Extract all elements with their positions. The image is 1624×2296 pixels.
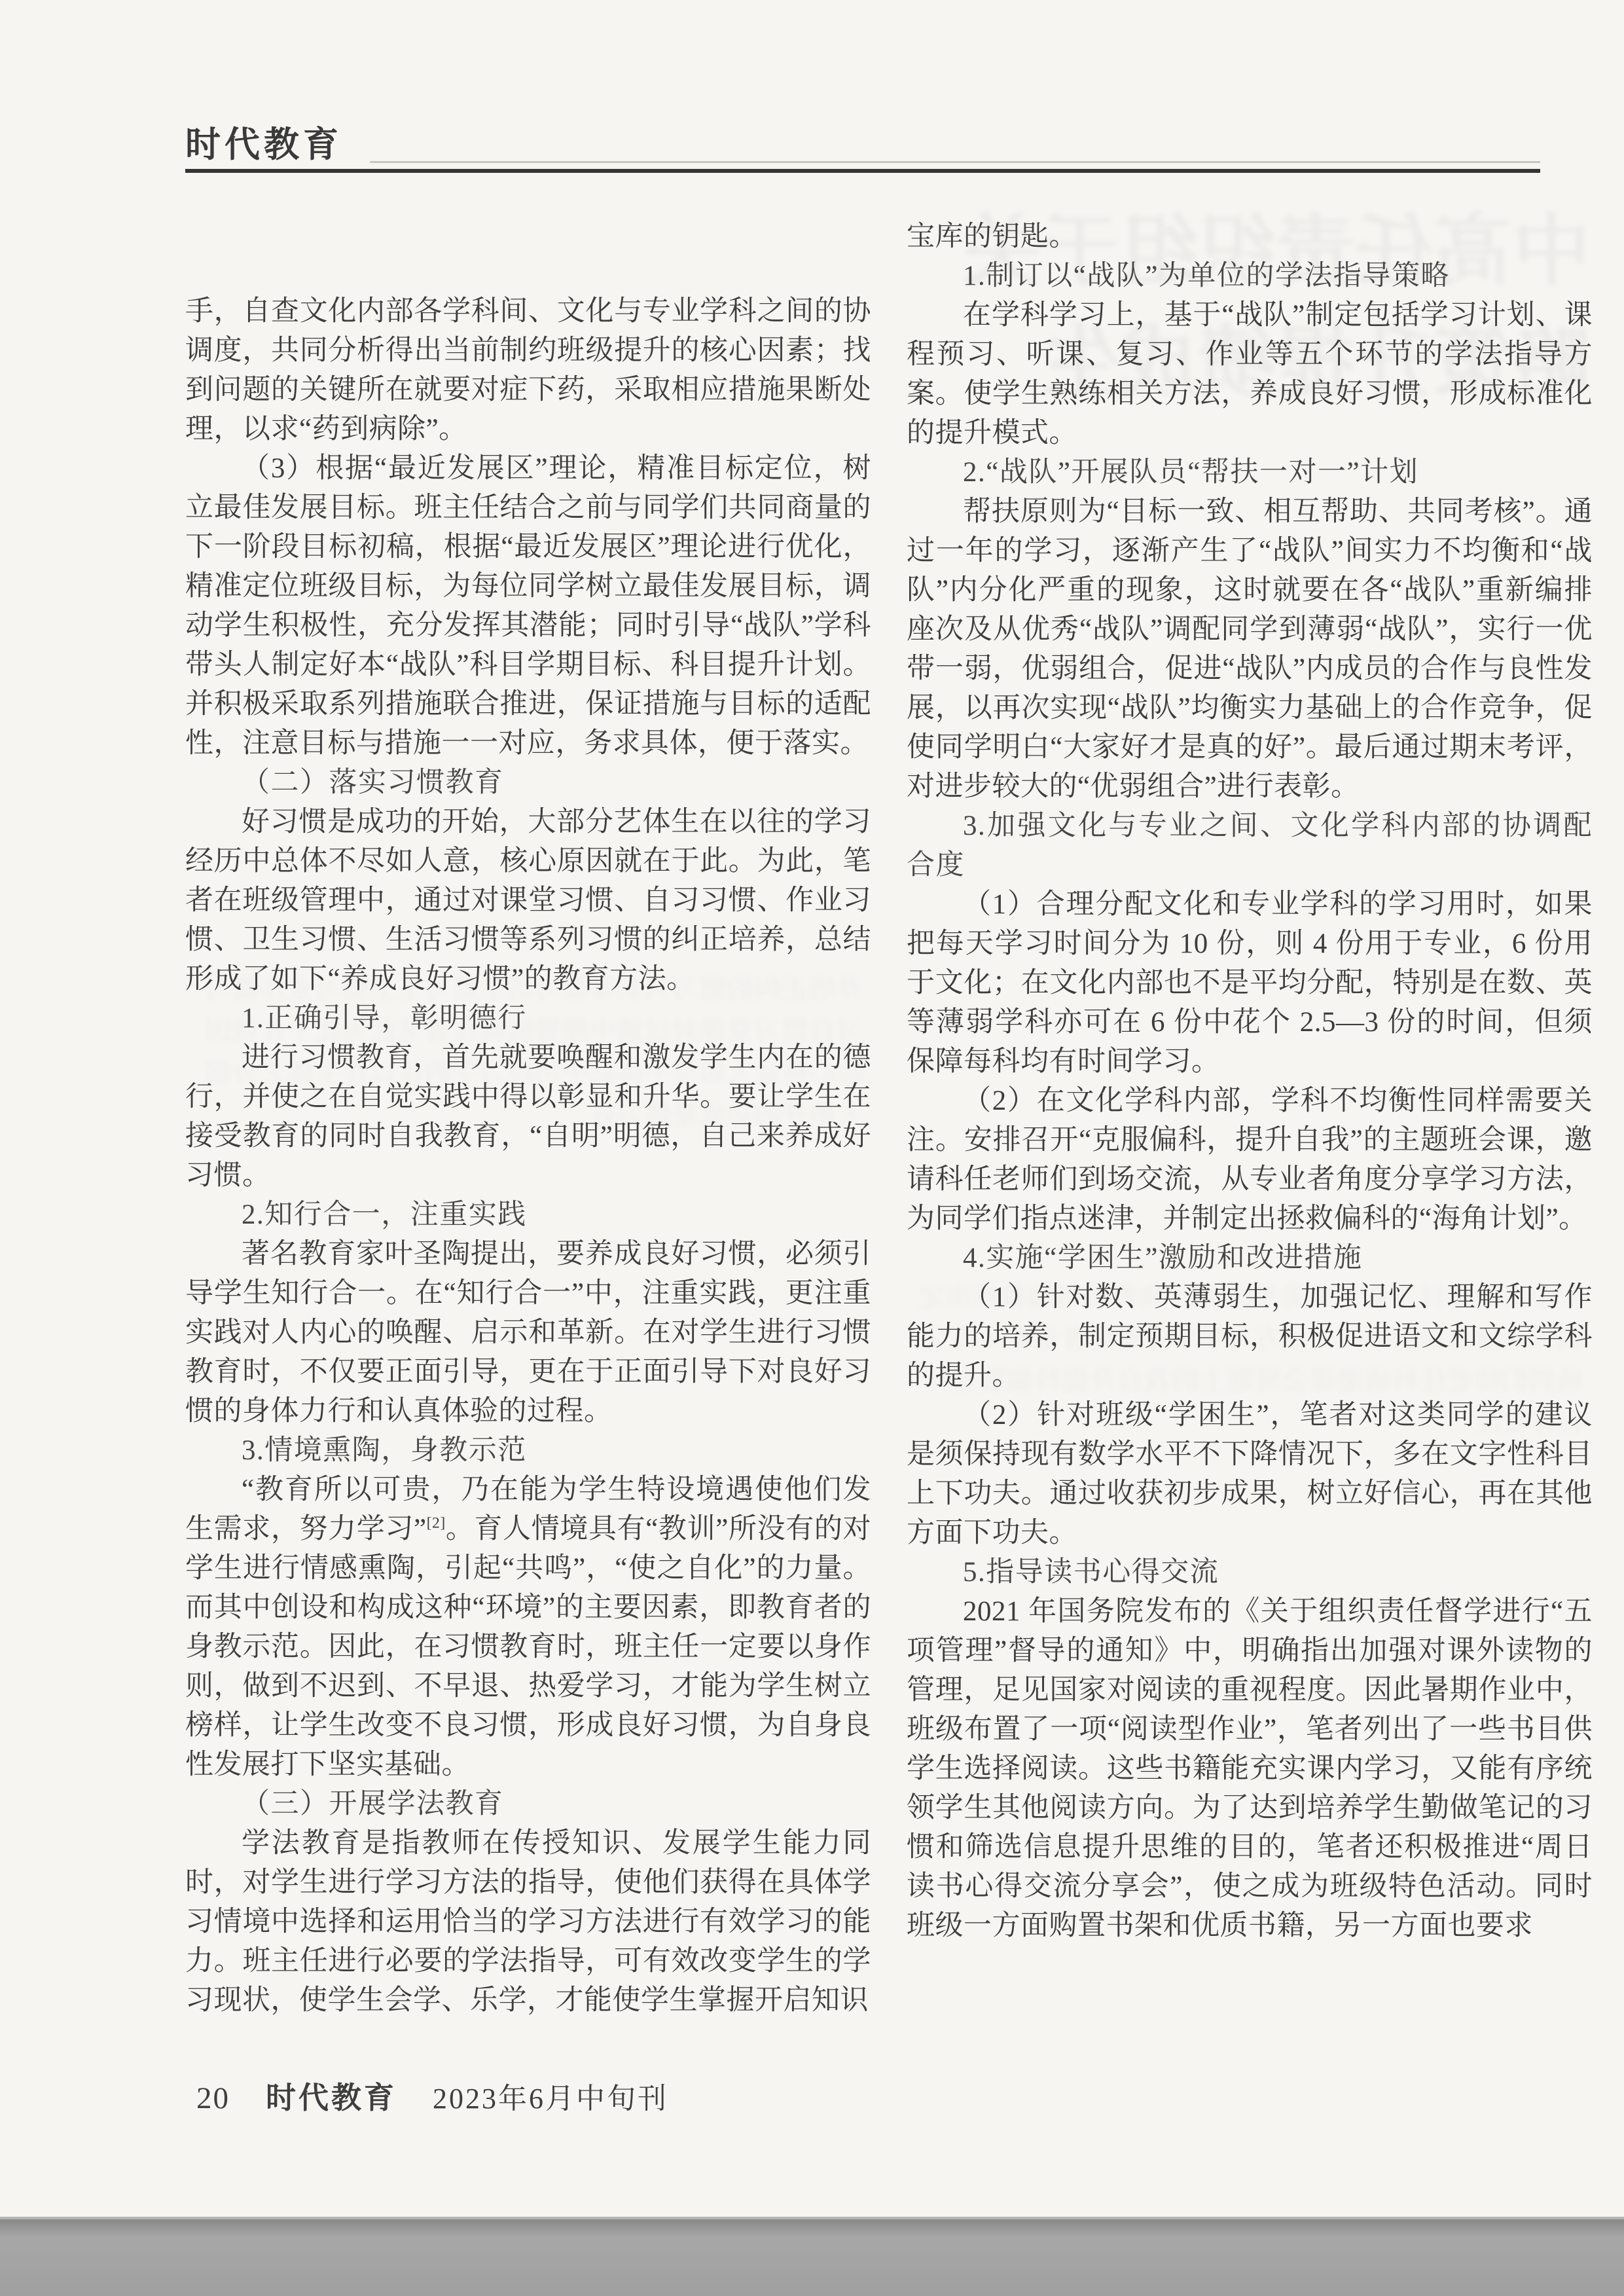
masthead-rule [185, 169, 1540, 173]
body-paragraph: 好习惯是成功的开始，大部分艺体生在以往的学习经历中总体不尽如人意，核心原因就在于… [185, 803, 871, 999]
left-column: 手，自查文化内部各学科间、文化与专业学科之间的协调度，共同分析得出当前制约班级提… [185, 292, 871, 2020]
section-heading: （三）开展学法教育 [185, 1785, 871, 1824]
body-paragraph: （2）在文化学科内部，学科不均衡性同样需要关注。安排召开“克服偏科，提升自我”的… [907, 1082, 1593, 1239]
section-heading: 5.指导读书心得交流 [907, 1553, 1593, 1592]
body-paragraph: 进行习惯教育，首先就要唤醒和激发学生内在的德行，并使之在自觉实践中得以彰显和升华… [185, 1038, 871, 1195]
body-paragraph: （1）合理分配文化和专业学科的学习用时，如果把每天学习时间分为 10 份，则 4… [907, 885, 1593, 1082]
section-heading: 3.情境熏陶，身教示范 [185, 1431, 871, 1470]
right-column: 宝库的钥匙。1.制订以“战队”为单位的学法指导策略在学科学习上，基于“战队”制定… [907, 217, 1593, 1946]
section-heading: 3.加强文化与专业之间、文化学科内部的协调配合度 [907, 807, 1593, 885]
body-paragraph: （1）针对数、英薄弱生，加强记忆、理解和写作能力的培养，制定预期目标，积极促进语… [907, 1278, 1593, 1396]
page-footer: 20 时代教育 2023年6月中旬刊 [196, 2074, 668, 2117]
section-heading: 1.正确引导，彰明德行 [185, 999, 871, 1038]
body-paragraph: （3）根据“最近发展区”理论，精准目标定位，树立最佳发展目标。班主任结合之前与同… [185, 449, 871, 763]
body-paragraph: 宝库的钥匙。 [907, 217, 1593, 257]
body-paragraph: 帮扶原则为“目标一致、相互帮助、共同考核”。通过一年的学习，逐渐产生了“战队”间… [907, 492, 1593, 807]
body-paragraph: 手，自查文化内部各学科间、文化与专业学科之间的协调度，共同分析得出当前制约班级提… [185, 292, 871, 449]
body-paragraph: （2）针对班级“学困生”，笔者对这类同学的建议是须保持现有数学水平不下降情况下，… [907, 1396, 1593, 1553]
section-heading: 1.制订以“战队”为单位的学法指导策略 [907, 257, 1593, 296]
journal-masthead: 时代教育 [185, 117, 342, 167]
section-heading: 4.实施“学困生”激励和改进措施 [907, 1239, 1593, 1278]
footer-journal-title: 时代教育 [266, 2074, 397, 2117]
scanned-journal-page: 时代教育 手，自查文化内部各学科间、文化与专业学科之间的协调度，共同分析得出当前… [0, 0, 1624, 2296]
scanner-bed-strip [0, 2219, 1624, 2296]
body-paragraph: 著名教育家叶圣陶提出，要养成良好习惯，必须引导学生知行合一。在“知行合一”中，注… [185, 1235, 871, 1431]
page-number: 20 [196, 2081, 230, 2116]
body-paragraph: “教育所以可贵，乃在能为学生特设境遇使他们发生需求，努力学习”[2]。育人情境具… [185, 1470, 871, 1785]
citation-marker: [2] [427, 1515, 446, 1532]
body-paragraph: 学法教育是指教师在传授知识、发展学生能力同时，对学生进行学习方法的指导，使他们获… [185, 1824, 871, 2020]
body-paragraph: 在学科学习上，基于“战队”制定包括学习计划、课程预习、听课、复习、作业等五个环节… [907, 296, 1593, 453]
masthead-rule-light [370, 161, 1540, 163]
section-heading: 2.知行合一，注重实践 [185, 1195, 871, 1235]
section-heading: 2.“战队”开展队员“帮扶一对一”计划 [907, 453, 1593, 492]
footer-issue: 2023年6月中旬刊 [433, 2075, 668, 2117]
body-paragraph: 2021 年国务院发布的《关于组织责任督学进行“五项管理”督导的通知》中，明确指… [907, 1592, 1593, 1946]
section-heading: （二）落实习惯教育 [185, 763, 871, 803]
